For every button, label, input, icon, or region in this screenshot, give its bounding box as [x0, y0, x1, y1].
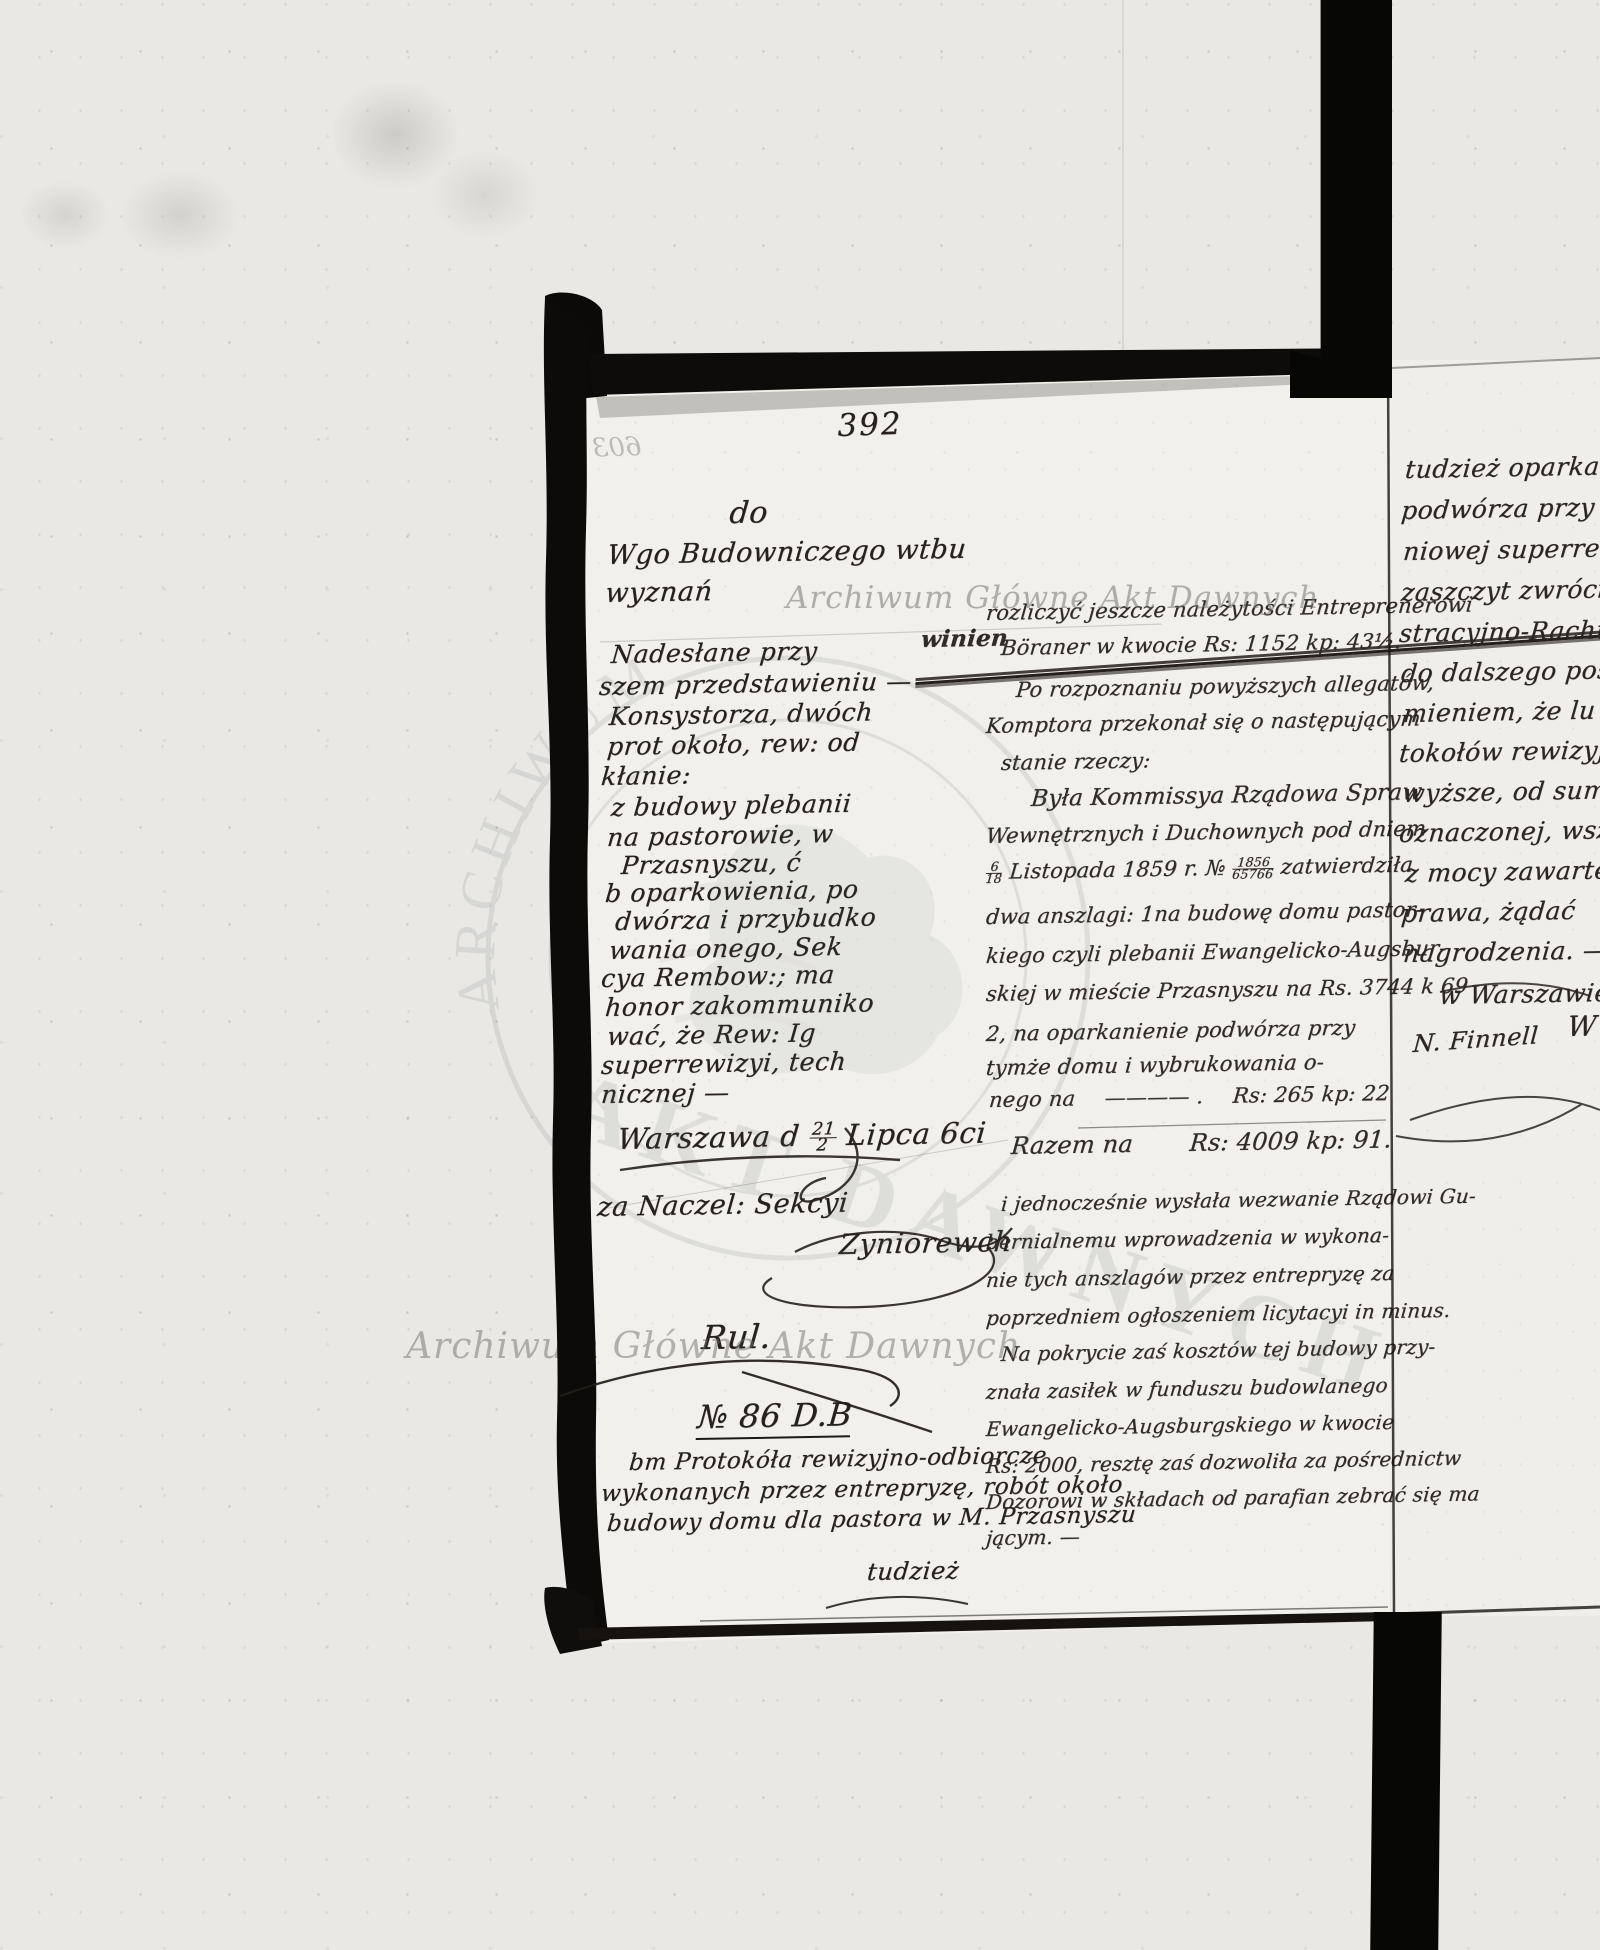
total-label: Razem na — [1010, 1130, 1134, 1160]
paper-stain — [120, 170, 240, 260]
address-line: wyznań — [604, 576, 714, 609]
case-number: № 86 D.B — [696, 1395, 854, 1436]
decree-date-tail: zatwierdziła — [1280, 853, 1414, 879]
manuscript-line: prawa, żądać — [1400, 896, 1577, 928]
address-line: do — [728, 495, 770, 531]
scanned-archival-document: 392 603 do Wgo Budowniczego wtbu wyznań … — [0, 0, 1600, 1950]
date-suffix: Lipca 6ci — [845, 1116, 987, 1152]
total-value: Rs: 4009 kp: 91. — [1188, 1125, 1393, 1157]
manuscript-line: jącym. — — [985, 1524, 1081, 1550]
manuscript-line: tudzież oparkaniu — [1404, 451, 1600, 484]
manuscript-line: Nadesłane przy — [610, 636, 819, 669]
ink-bleed-ghost-text: 603 — [591, 432, 642, 464]
manuscript-line: stracyjno-Rachun — [1398, 615, 1600, 648]
spine-bar-top — [1290, 0, 1392, 398]
fill-dash: ———— . — [1074, 1084, 1234, 1111]
manuscript-line: wyższe, od summ — [1402, 775, 1600, 808]
amount-label: nego na — [988, 1086, 1076, 1112]
paper-stain — [330, 80, 460, 190]
manuscript-line: cya Rembow:; ma — [600, 960, 836, 993]
watermark-text-bottom: Archiwum Główne Akt Dawnych — [406, 1326, 1021, 1367]
decree-date-text: Listopada 1859 r. № — [1008, 856, 1226, 884]
signature-initial: W — [1566, 1009, 1598, 1043]
manuscript-line: dwórza i przybudko — [614, 902, 878, 936]
manuscript-line: nicznej — — [600, 1078, 731, 1109]
manuscript-line: nagrodzenia. — — [1402, 935, 1600, 968]
manuscript-line: wać, że Rew: Ig — [606, 1018, 817, 1051]
manuscript-line: prot około, rew: od — [606, 728, 861, 761]
manuscript-line: mieniem, że lu — [1402, 696, 1597, 728]
file-number-fraction: 185665766 — [1232, 857, 1275, 880]
manuscript-line: w Warszawie d — [1438, 978, 1600, 1010]
date-fraction: 212 — [808, 1123, 838, 1154]
manuscript-line: podwórza przy tym — [1400, 492, 1600, 525]
manuscript-line: z budowy plebanii — [610, 789, 853, 822]
manuscript-line: Konsystorza, dwóch — [608, 697, 874, 731]
address-line: Wgo Budowniczego wtbu — [606, 534, 968, 571]
manuscript-line: zaszczyt zwrócić C — [1400, 574, 1600, 607]
manuscript-line: superrewizyi, tech — [600, 1047, 848, 1080]
fold-line — [1122, 0, 1124, 360]
signed-for-line: za Naczel: Sekcyi — [596, 1188, 849, 1223]
manuscript-line: honor zakommuniko — [604, 988, 875, 1022]
page-number: 392 — [837, 406, 903, 444]
manuscript-line: szem przedstawieniu — — [598, 667, 913, 701]
amount-value: Rs: 265 kp: 22 — [1232, 1081, 1391, 1108]
watermark-text-top: Archiwum Główne Akt Dawnych — [786, 580, 1320, 616]
paper-stain — [430, 150, 540, 240]
manuscript-line: oznaczonej, wszak — [1398, 815, 1600, 848]
day-fraction: 618 — [985, 862, 1003, 885]
paper-stain — [20, 180, 110, 250]
spine-bar-bottom — [1370, 1612, 1442, 1950]
manuscript-line: kłanie: — [600, 760, 692, 791]
manuscript-line: niowej superrewizyi — [1402, 532, 1600, 566]
manuscript-line: stanie rzeczy: — [1000, 748, 1152, 775]
date-prefix: Warszawa d — [616, 1119, 801, 1156]
manuscript-line: tokołów rewizyjno- — [1398, 735, 1600, 768]
manuscript-line: do dalszego postęp — [1400, 655, 1600, 688]
manuscript-line: z mocy zawartej — [1404, 855, 1600, 888]
date-line: Warszawa d 212 Lipca 6ci — [616, 1116, 988, 1157]
case-tail-word: tudzież — [866, 1556, 960, 1586]
